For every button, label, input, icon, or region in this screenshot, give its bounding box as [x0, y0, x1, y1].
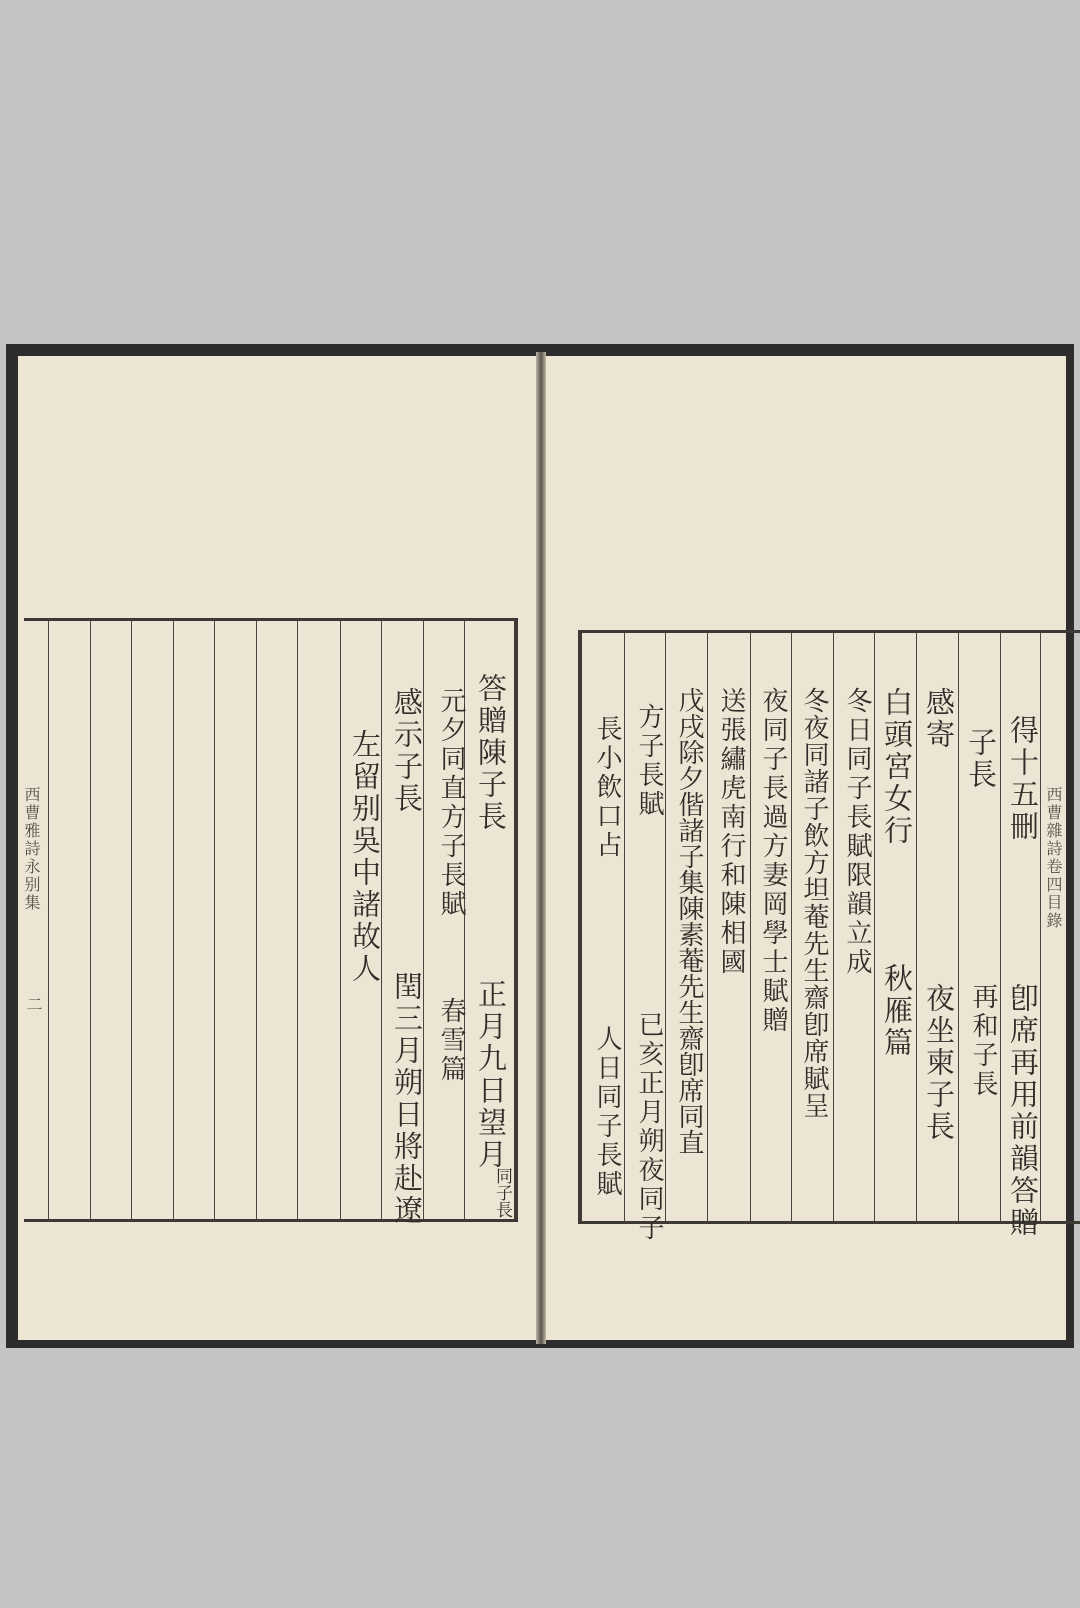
entry-title: 戊戌除夕偕諸子集陳素菴先生齋卽席同直: [668, 687, 709, 1155]
entry-title: 白頭宮女行: [876, 687, 917, 847]
right-text-frame: 得十五刪 卽席再用前韻答贈 子長 再和子長 感寄 夜坐柬子長 白頭宮女行 秋雁篇…: [578, 630, 1080, 1224]
entry-small-note: 同子長: [476, 1167, 512, 1218]
entry-title: 答贈陳子長: [470, 673, 511, 833]
entry-title: 子長: [960, 727, 1001, 791]
entry-title: 夜同子長過方妻岡學士賦贈: [752, 687, 793, 1035]
entry-note: 人日同子長賦: [586, 1025, 627, 1199]
entry-title: 左留别吳中諸故人: [344, 729, 385, 985]
book-gutter: [536, 352, 546, 1344]
entry-note: 夜坐柬子長: [918, 983, 959, 1143]
entry-note: 秋雁篇: [876, 963, 917, 1059]
entry-title: 得十五刪: [1002, 715, 1043, 843]
open-book: 西曹雅詩永别集 二 答贈陳子長 正月九日望月 同子長 元夕同直方子長賦 春雪篇 …: [6, 344, 1074, 1348]
entry-title: 感示子長: [386, 687, 427, 815]
entry-title: 冬夜同諸子飲方坦菴先生齋卽席賦呈: [794, 687, 834, 1119]
entry-title: 送張繡虎南行和陳相國: [710, 687, 751, 977]
entry-title: 感寄: [918, 687, 959, 751]
left-text-frame: 答贈陳子長 正月九日望月 同子長 元夕同直方子長賦 春雪篇 感示子長 閏三月朔日…: [24, 618, 518, 1222]
entry-note: 正月九日望月: [470, 979, 511, 1171]
entry-note: 閏三月朔日將赴遼: [386, 971, 427, 1227]
entry-note: 再和子長: [962, 983, 1003, 1099]
entry-title: 長小飲口占: [586, 715, 627, 860]
entry-note: 已亥正月朔夜同子: [628, 1011, 669, 1243]
left-page: 西曹雅詩永别集 二 答贈陳子長 正月九日望月 同子長 元夕同直方子長賦 春雪篇 …: [18, 356, 536, 1340]
entry-title: 元夕同直方子長賦: [430, 687, 471, 919]
entry-note: 卽席再用前韻答贈: [1002, 983, 1043, 1239]
entry-title: 方子長賦: [628, 703, 669, 819]
entry-note: 春雪篇: [430, 997, 471, 1084]
entry-title: 冬日同子長賦限韻立成: [836, 687, 877, 977]
right-page: 西曹雜詩卷四目錄 得十五刪 卽席再用前韻答贈 子長 再和子長 感寄 夜坐柬子長 …: [546, 356, 1066, 1340]
